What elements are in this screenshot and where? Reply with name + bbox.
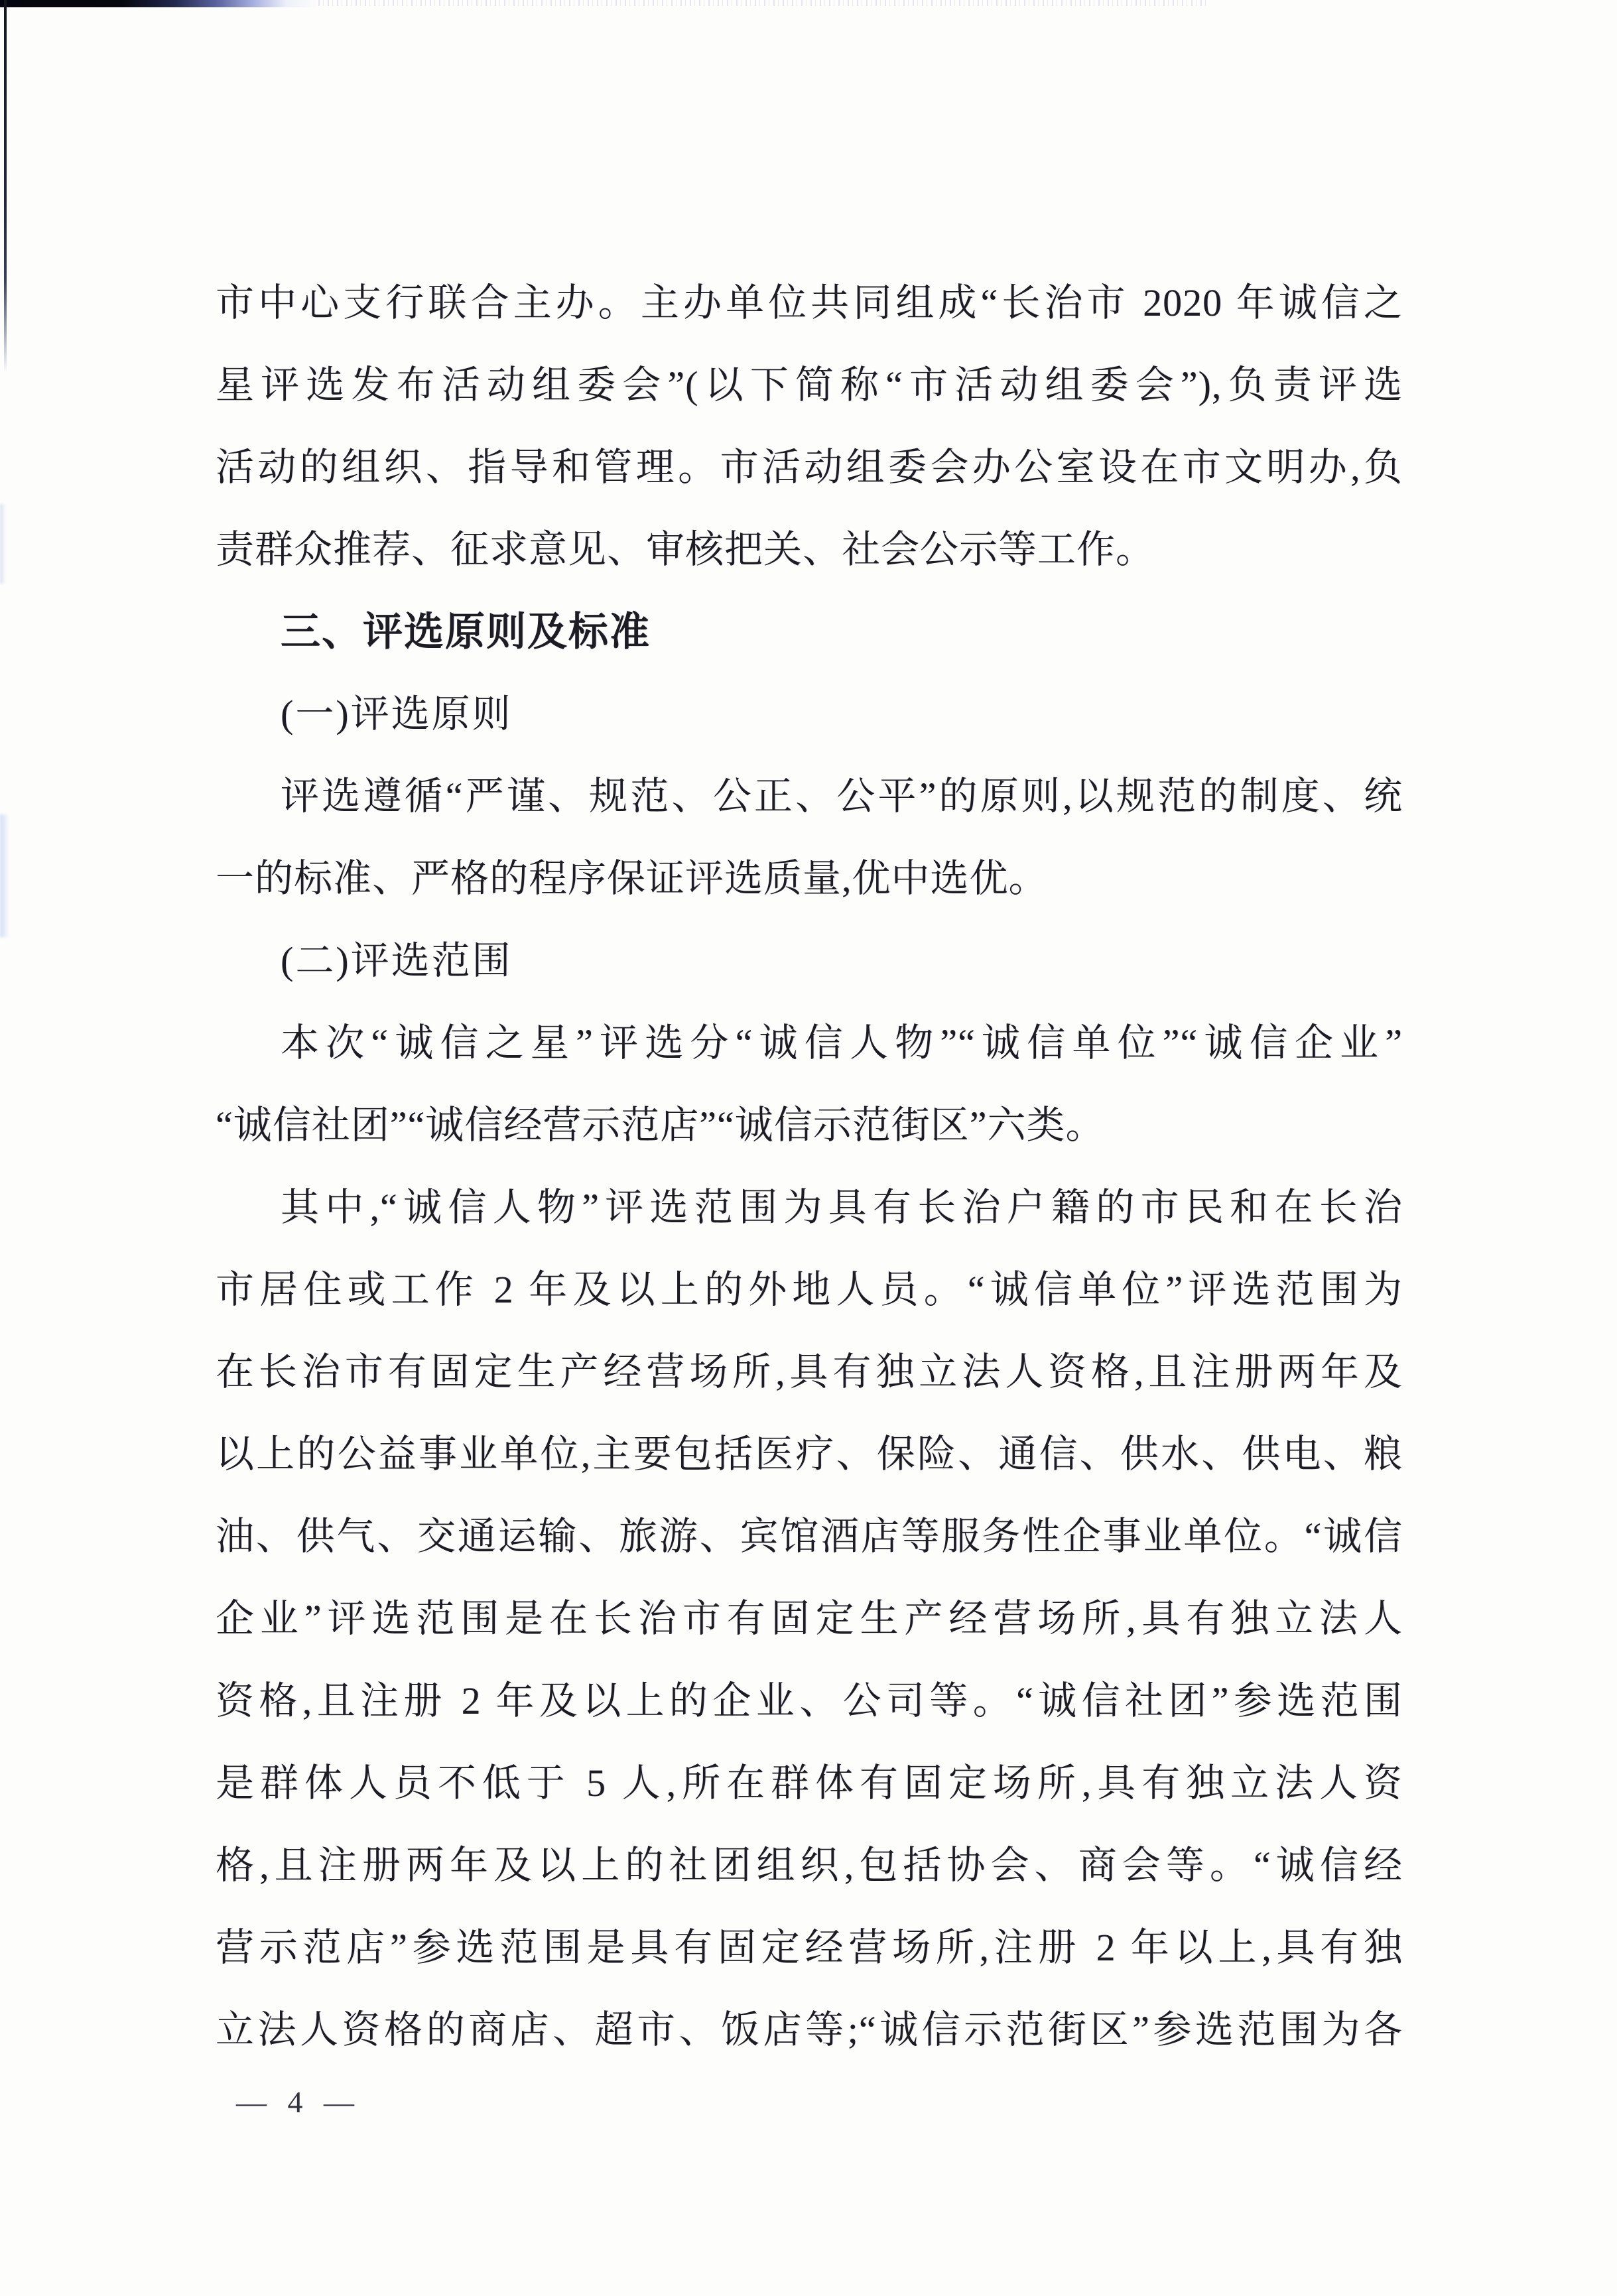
- text-line: 其中,“诚信人物”评选范围为具有长治户籍的市民和在长治: [216, 1167, 1403, 1249]
- scan-artifact-left-edge-line: [4, 0, 7, 373]
- scan-artifact-left-smudge-small: [0, 504, 5, 584]
- text-line: 在长治市有固定生产经营场所,具有独立法人资格,且注册两年及: [216, 1331, 1403, 1413]
- text-line: 评选遵循“严谨、规范、公正、公平”的原则,以规范的制度、统: [216, 755, 1403, 838]
- page-number: — 4 —: [236, 2081, 361, 2124]
- text-line: 油、供气、交通运输、旅游、宾馆酒店等服务性企事业单位。“诚信: [216, 1496, 1403, 1578]
- subheading-line: (二)评选范围: [216, 920, 1403, 1002]
- document-page: 市中心支行联合主办。主办单位共同组成“长治市 2020 年诚信之星评选发布活动组…: [0, 0, 1617, 2296]
- text-line: 市居住或工作 2 年及以上的外地人员。“诚信单位”评选范围为: [216, 1249, 1403, 1331]
- text-line: 责群众推荐、征求意见、审核把关、社会公示等工作。: [216, 509, 1403, 591]
- text-line: 企业”评选范围是在长治市有固定生产经营场所,具有独立法人: [216, 1578, 1403, 1660]
- document-body: 市中心支行联合主办。主办单位共同组成“长治市 2020 年诚信之星评选发布活动组…: [216, 262, 1403, 2071]
- text-line: 是群体人员不低于 5 人,所在群体有固定场所,具有独立法人资: [216, 1742, 1403, 1824]
- heading-line: 三、评选原则及标准: [216, 591, 1403, 673]
- text-line: 一的标准、严格的程序保证评选质量,优中选优。: [216, 838, 1403, 920]
- text-line: 营示范店”参选范围是具有固定经营场所,注册 2 年以上,具有独: [216, 1907, 1403, 1989]
- text-line: 本次“诚信之星”评选分“诚信人物”“诚信单位”“诚信企业”: [216, 1002, 1403, 1084]
- text-line: 立法人资格的商店、超市、饭店等;“诚信示范街区”参选范围为各: [216, 1989, 1403, 2071]
- text-line: 市中心支行联合主办。主办单位共同组成“长治市 2020 年诚信之: [216, 262, 1403, 344]
- scan-artifact-top-bar: [0, 0, 318, 7]
- scan-artifact-left-smudge: [0, 814, 9, 937]
- text-line: “诚信社团”“诚信经营示范店”“诚信示范街区”六类。: [216, 1084, 1403, 1167]
- text-line: 星评选发布活动组委会”(以下简称“市活动组委会”),负责评选: [216, 344, 1403, 426]
- subheading-line: (一)评选原则: [216, 673, 1403, 755]
- text-line: 以上的公益事业单位,主要包括医疗、保险、通信、供水、供电、粮: [216, 1413, 1403, 1496]
- text-line: 资格,且注册 2 年及以上的企业、公司等。“诚信社团”参选范围: [216, 1660, 1403, 1742]
- text-line: 活动的组织、指导和管理。市活动组委会办公室设在市文明办,负: [216, 426, 1403, 509]
- scan-artifact-top-speckle: [318, 0, 1207, 6]
- text-line: 格,且注册两年及以上的社团组织,包括协会、商会等。“诚信经: [216, 1824, 1403, 1907]
